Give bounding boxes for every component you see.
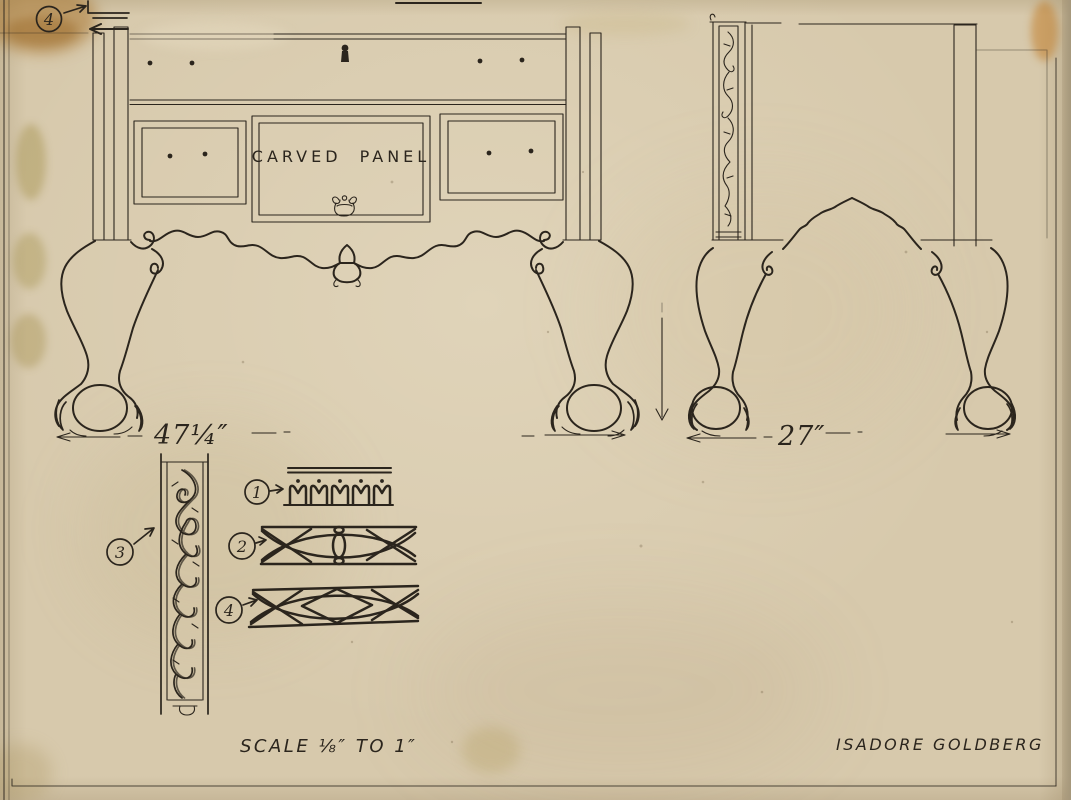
- carved-panel-label: CARVED PANEL: [252, 147, 430, 166]
- front-width-text: 47¼″: [153, 420, 229, 451]
- callout-number-4: 4: [223, 601, 234, 620]
- side-elevation: 27″: [687, 14, 1047, 452]
- detail-2-strapwork-band: 2: [229, 527, 416, 564]
- front-left-half: [55, 27, 347, 436]
- gadroon-motifs: [290, 486, 390, 504]
- detail-1-gadroon-band: 1: [245, 468, 393, 505]
- drawer-knob-dot: [487, 151, 492, 156]
- side-apron-arch: [783, 198, 852, 249]
- drawer-knob-dot: [190, 61, 195, 66]
- drawer-knob-dot: [148, 61, 153, 66]
- moulding-callout: 4: [37, 1, 130, 34]
- drawer-knob-dot: [529, 149, 534, 154]
- top-drawer: [148, 45, 525, 66]
- down-arrow: [656, 303, 668, 420]
- front-right-half: [347, 27, 639, 436]
- side-depth-text: 27″: [777, 421, 825, 452]
- side-case-lines: [746, 23, 1047, 246]
- callout-arrow-3: [134, 528, 154, 544]
- paper-specks: [242, 171, 1014, 743]
- callout-arrow-1: [270, 485, 283, 493]
- callout-number-moulding: 4: [43, 10, 54, 29]
- carved-panel-drawer: CARVED PANEL: [252, 116, 430, 222]
- drawer-knob-dot: [520, 58, 525, 63]
- detail-4-strapwork-band: 4: [216, 586, 418, 627]
- apron-pendant: [334, 245, 361, 287]
- ball-claw-foot-side-left: [689, 387, 749, 436]
- callout-arrow-moulding: [64, 5, 86, 13]
- dimension-side-depth: 27″: [687, 421, 1010, 452]
- drawer-knob-dot: [203, 152, 208, 157]
- drawer-knob-dot: [478, 59, 483, 64]
- callout-arrow-2: [256, 537, 266, 545]
- callout-number-1: 1: [252, 483, 262, 502]
- front-case-lines: [130, 34, 566, 105]
- detail-3-carved-stile-panel: 3: [107, 454, 208, 715]
- scale-label: SCALE ⅛″ TO 1″: [240, 736, 417, 757]
- cabriole-leg-side-left: [689, 248, 773, 436]
- callout-number-3: 3: [115, 543, 125, 562]
- gadroon-dots: [296, 479, 384, 483]
- drawing-linework: 4: [0, 0, 1071, 800]
- front-elevation: CARVED PANEL 47¼″: [55, 27, 638, 451]
- moulding-profile-icon: [88, 1, 129, 34]
- callout-number-2: 2: [236, 537, 247, 556]
- right-drawer: [440, 114, 563, 200]
- panel-escutcheon-icon: [333, 196, 357, 216]
- artist-signature: ISADORE GOLDBERG: [836, 735, 1044, 754]
- keyhole-icon: [341, 45, 349, 62]
- drawer-knob-dot: [168, 154, 173, 159]
- carved-stile: [710, 14, 746, 240]
- callout-arrow-4: [243, 598, 257, 606]
- left-drawer: [134, 121, 246, 204]
- side-right-half: [852, 198, 1015, 436]
- drawing-sheet: 4: [0, 0, 1071, 800]
- sheet-border: [0, 0, 1056, 800]
- detail-3-scroll-carving: [171, 470, 200, 698]
- stile-carving-vine: [722, 32, 734, 226]
- front-left-stile: [93, 27, 128, 240]
- cabriole-leg-front-left: [55, 241, 163, 436]
